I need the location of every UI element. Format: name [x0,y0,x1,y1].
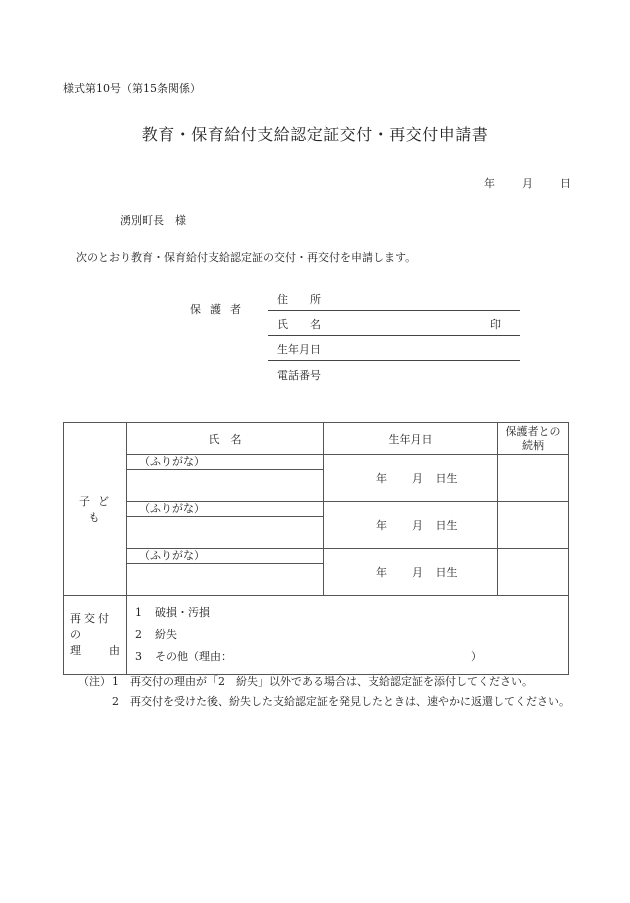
date-year-field[interactable]: 年 [484,175,522,191]
table-row: （ふりがな） 年月日生 [64,455,569,470]
intro-text: 次のとおり教育・保育給付支給認定証の交付・再交付を申請します。 [76,249,416,265]
header-relation: 保護者との 続柄 [498,423,569,455]
form-number: 様式第10号（第15条関係） [63,80,201,96]
guardian-birthdate-field[interactable]: 生年月日 [268,338,520,361]
note-item: 2再交付を受けた後、紛失した支給認定証を発見したときは、速やかに返還してください… [78,692,570,712]
child-3-furigana-field[interactable]: （ふりがな） [127,549,324,564]
child-1-birthdate-field[interactable]: 年月日生 [324,455,498,502]
notes: （注）1再交付の理由が「2 紛失」以外である場合は、支給認定証を添付してください… [78,672,570,712]
child-2-birthdate-field[interactable]: 年月日生 [324,502,498,549]
child-2-furigana-field[interactable]: （ふりがな） [127,502,324,517]
child-3-relation-field[interactable] [498,549,569,596]
note-tag: （注） [78,672,112,692]
reason-option-other[interactable]: 3その他（理由： ） [135,646,568,668]
child-2-relation-field[interactable] [498,502,569,549]
reason-option-lost[interactable]: 2紛失 [135,624,568,646]
table-row: （ふりがな） 年月日生 [64,502,569,517]
guardian-address-label: 住 所 [277,291,321,307]
guardian-birthdate-label: 生年月日 [277,341,321,357]
child-2-name-field[interactable] [127,517,324,549]
table-header-row: 子ども 氏 名 生年月日 保護者との 続柄 [64,423,569,455]
date-day-field[interactable]: 日 [560,175,571,191]
note-item: （注）1再交付の理由が「2 紛失」以外である場合は、支給認定証を添付してください… [78,672,570,692]
reason-label: 再交付の 理由 [64,596,127,675]
reason-options: 1破損・汚損 2紛失 3その他（理由： ） [127,596,569,675]
header-name: 氏 名 [127,423,324,455]
guardian-label: 保護者 [190,301,250,317]
child-1-furigana-field[interactable]: （ふりがな） [127,455,324,470]
reason-option-damaged[interactable]: 1破損・汚損 [135,602,568,624]
child-1-name-field[interactable] [127,470,324,502]
seal-mark: 印 [490,316,501,332]
guardian-address-field[interactable]: 住 所 [268,288,520,311]
date-month-field[interactable]: 月 [522,175,560,191]
addressee: 湧別町長 様 [120,212,186,228]
guardian-phone-label: 電話番号 [277,367,321,383]
table-row: （ふりがな） 年月日生 [64,549,569,564]
guardian-name-label: 氏 名 [277,316,321,332]
child-3-birthdate-field[interactable]: 年月日生 [324,549,498,596]
guardian-name-field[interactable]: 氏 名 印 [268,313,520,336]
children-row-label: 子ども [64,423,127,596]
date-line: 年月日 [484,175,571,191]
children-table: 子ども 氏 名 生年月日 保護者との 続柄 （ふりがな） 年月日生 （ふりがな）… [63,422,569,675]
header-birthdate: 生年月日 [324,423,498,455]
reason-row: 再交付の 理由 1破損・汚損 2紛失 3その他（理由： ） [64,596,569,675]
document-title: 教育・保育給付支給認定証交付・再交付申請書 [0,122,630,145]
guardian-phone-field[interactable]: 電話番号 [268,364,520,386]
child-1-relation-field[interactable] [498,455,569,502]
child-3-name-field[interactable] [127,564,324,596]
